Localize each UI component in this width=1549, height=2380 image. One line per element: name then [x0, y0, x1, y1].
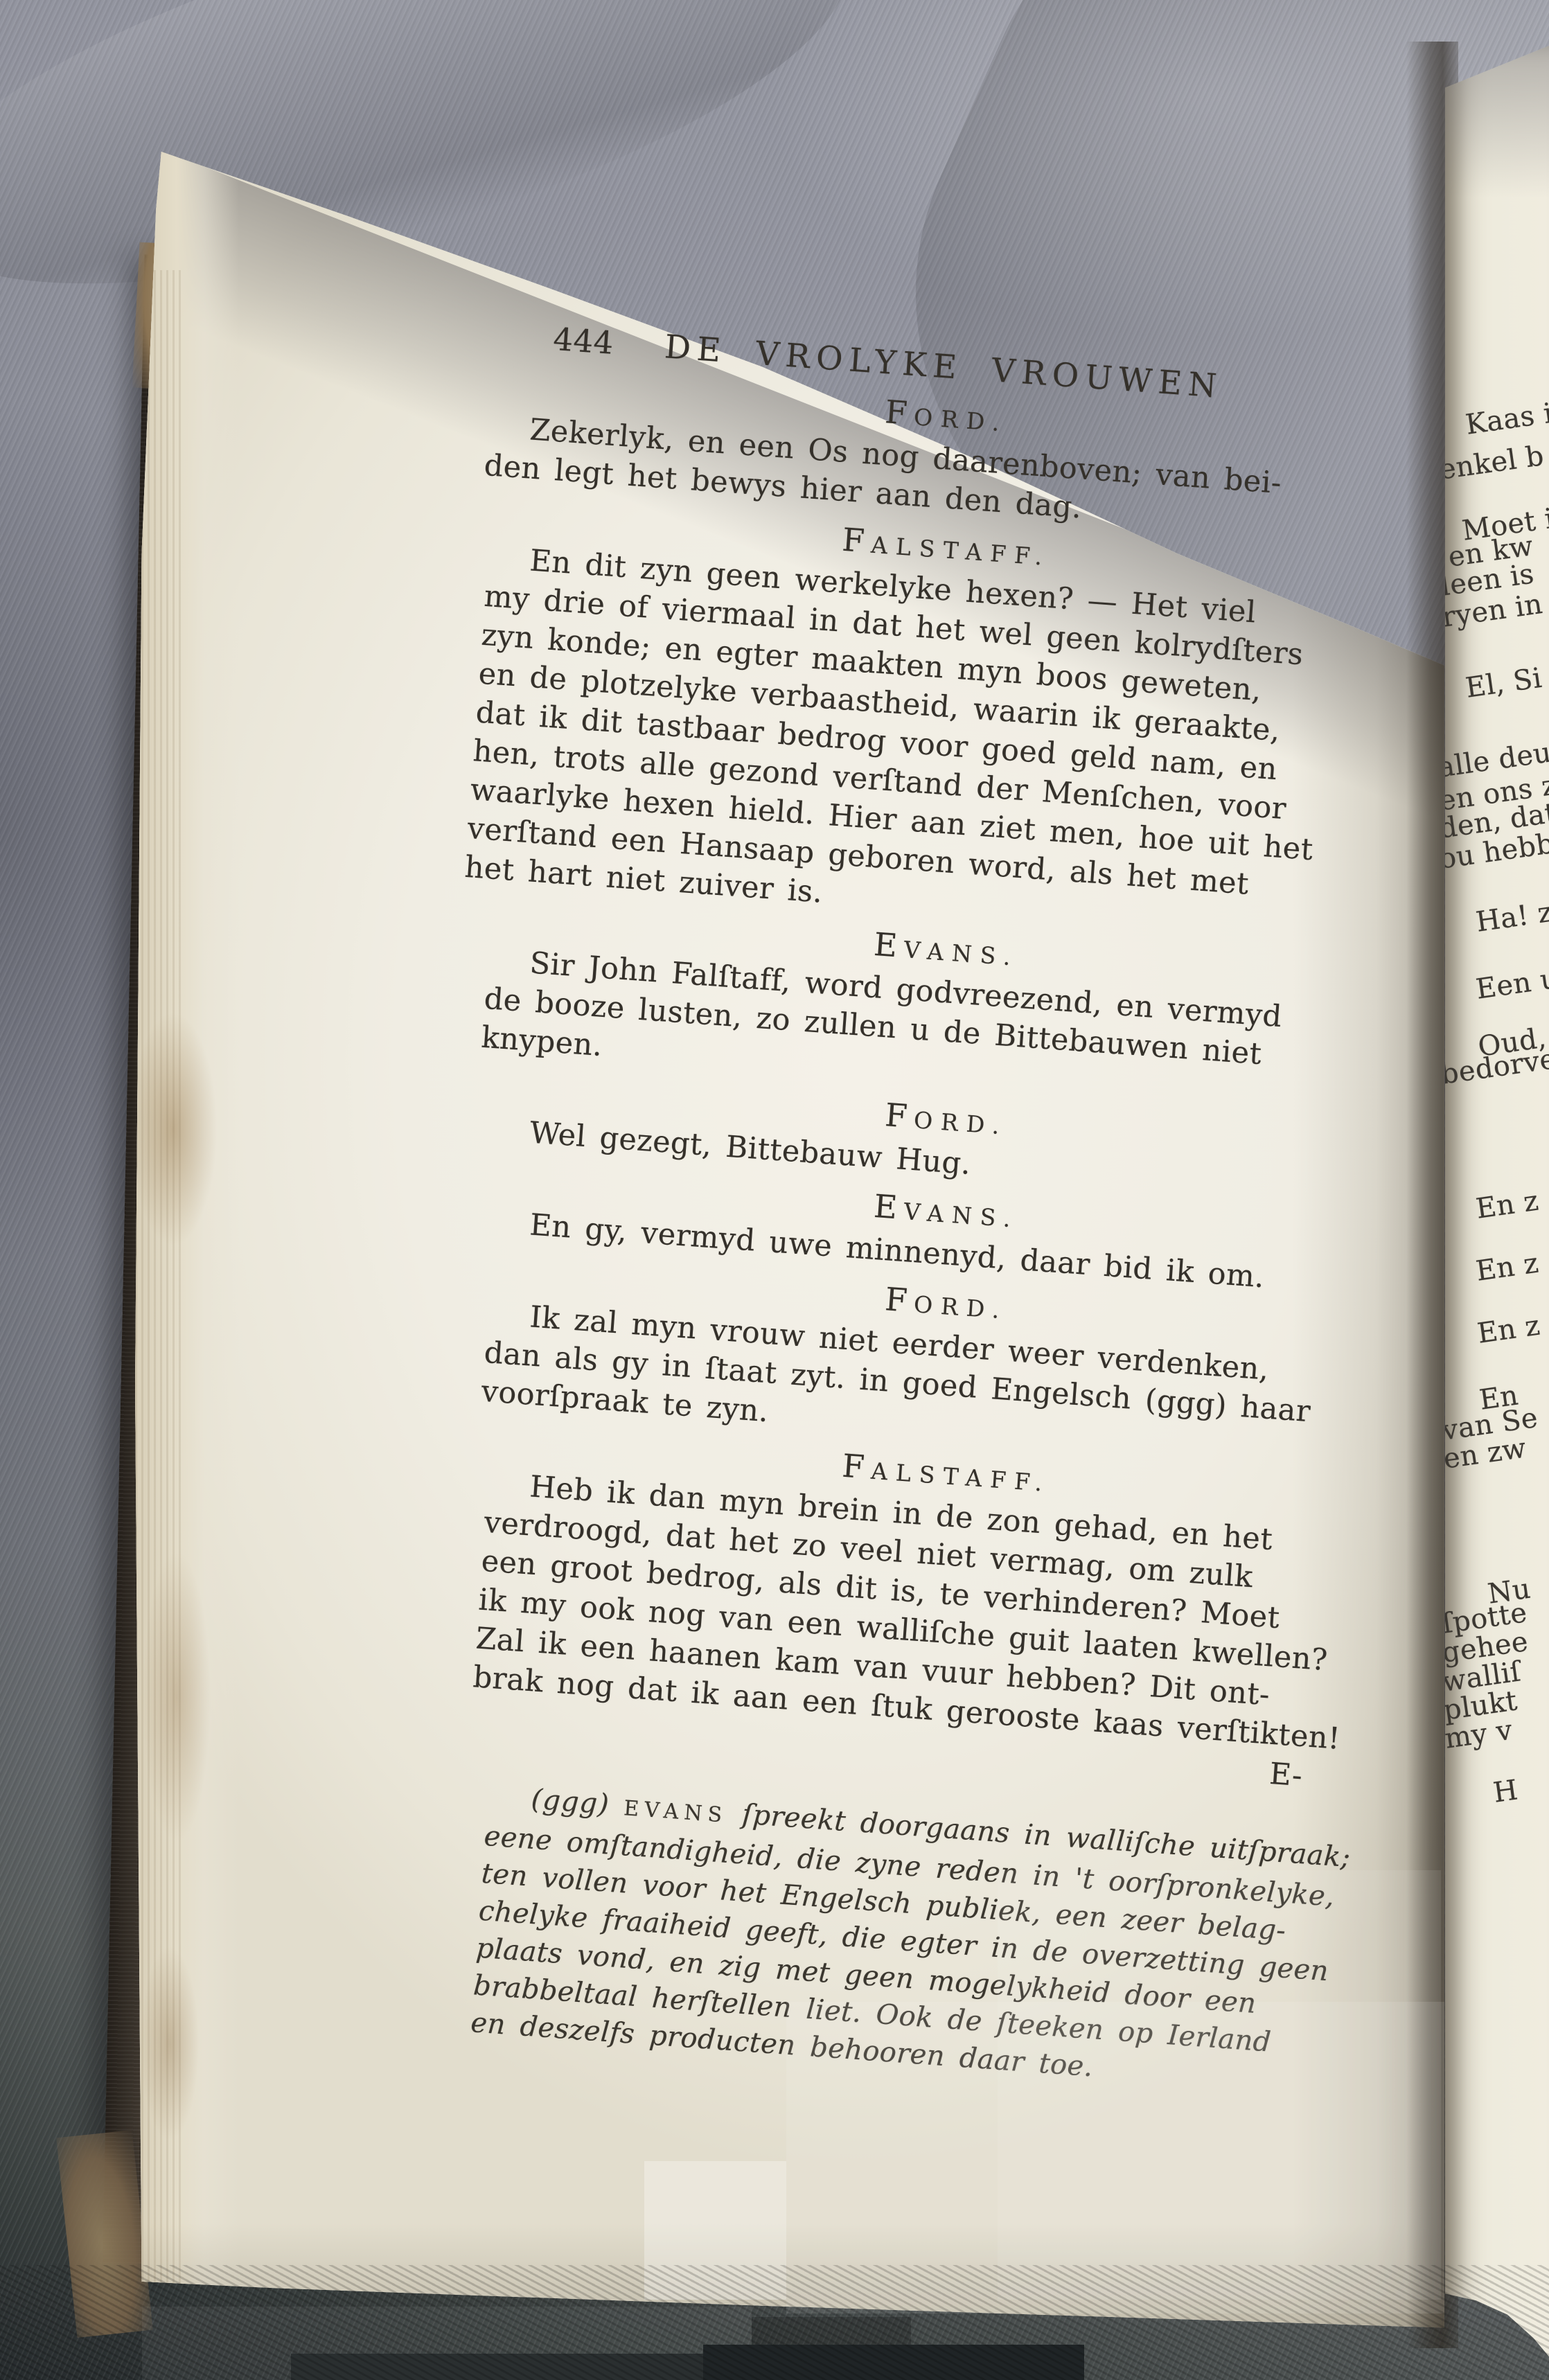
text-fragment: Een u	[1474, 963, 1549, 1006]
fabric-texture-bottom	[0, 2265, 1549, 2380]
text-fragment: En z	[1474, 1247, 1541, 1288]
text-fragment: En z	[1474, 1185, 1541, 1225]
text-fragment: H	[1492, 1774, 1520, 1809]
page-number: 444	[552, 320, 615, 363]
photo-artifact	[998, 1870, 1441, 2300]
text-fragment: enkel b	[1445, 440, 1546, 486]
text-fragment: El, Si	[1464, 662, 1544, 704]
footnote-speaker: Evans	[623, 1796, 728, 1828]
footnote-marker: (ggg)	[530, 1784, 610, 1821]
page-edge-leaves	[135, 270, 184, 2290]
page-text-column: 444 DE VROLYKE VROUWEN Ford. Zekerlyk, e…	[488, 315, 1410, 2042]
right-page: Kaas isenkel bMoet ien kwleen isryen inE…	[1445, 46, 1549, 2380]
book-photo: 444 DE VROLYKE VROUWEN Ford. Zekerlyk, e…	[0, 0, 1549, 2380]
text-fragment: En z	[1476, 1310, 1542, 1350]
speech-falstaff-1: Falstaff. En dit zyn geen werkelyke hexe…	[488, 495, 1410, 887]
speech-text: En dit zyn geen werkelyke hexen? — Het v…	[463, 538, 1408, 952]
text-fragment: Kaas is	[1464, 396, 1549, 441]
text-fragment: Ha! z	[1474, 896, 1549, 939]
